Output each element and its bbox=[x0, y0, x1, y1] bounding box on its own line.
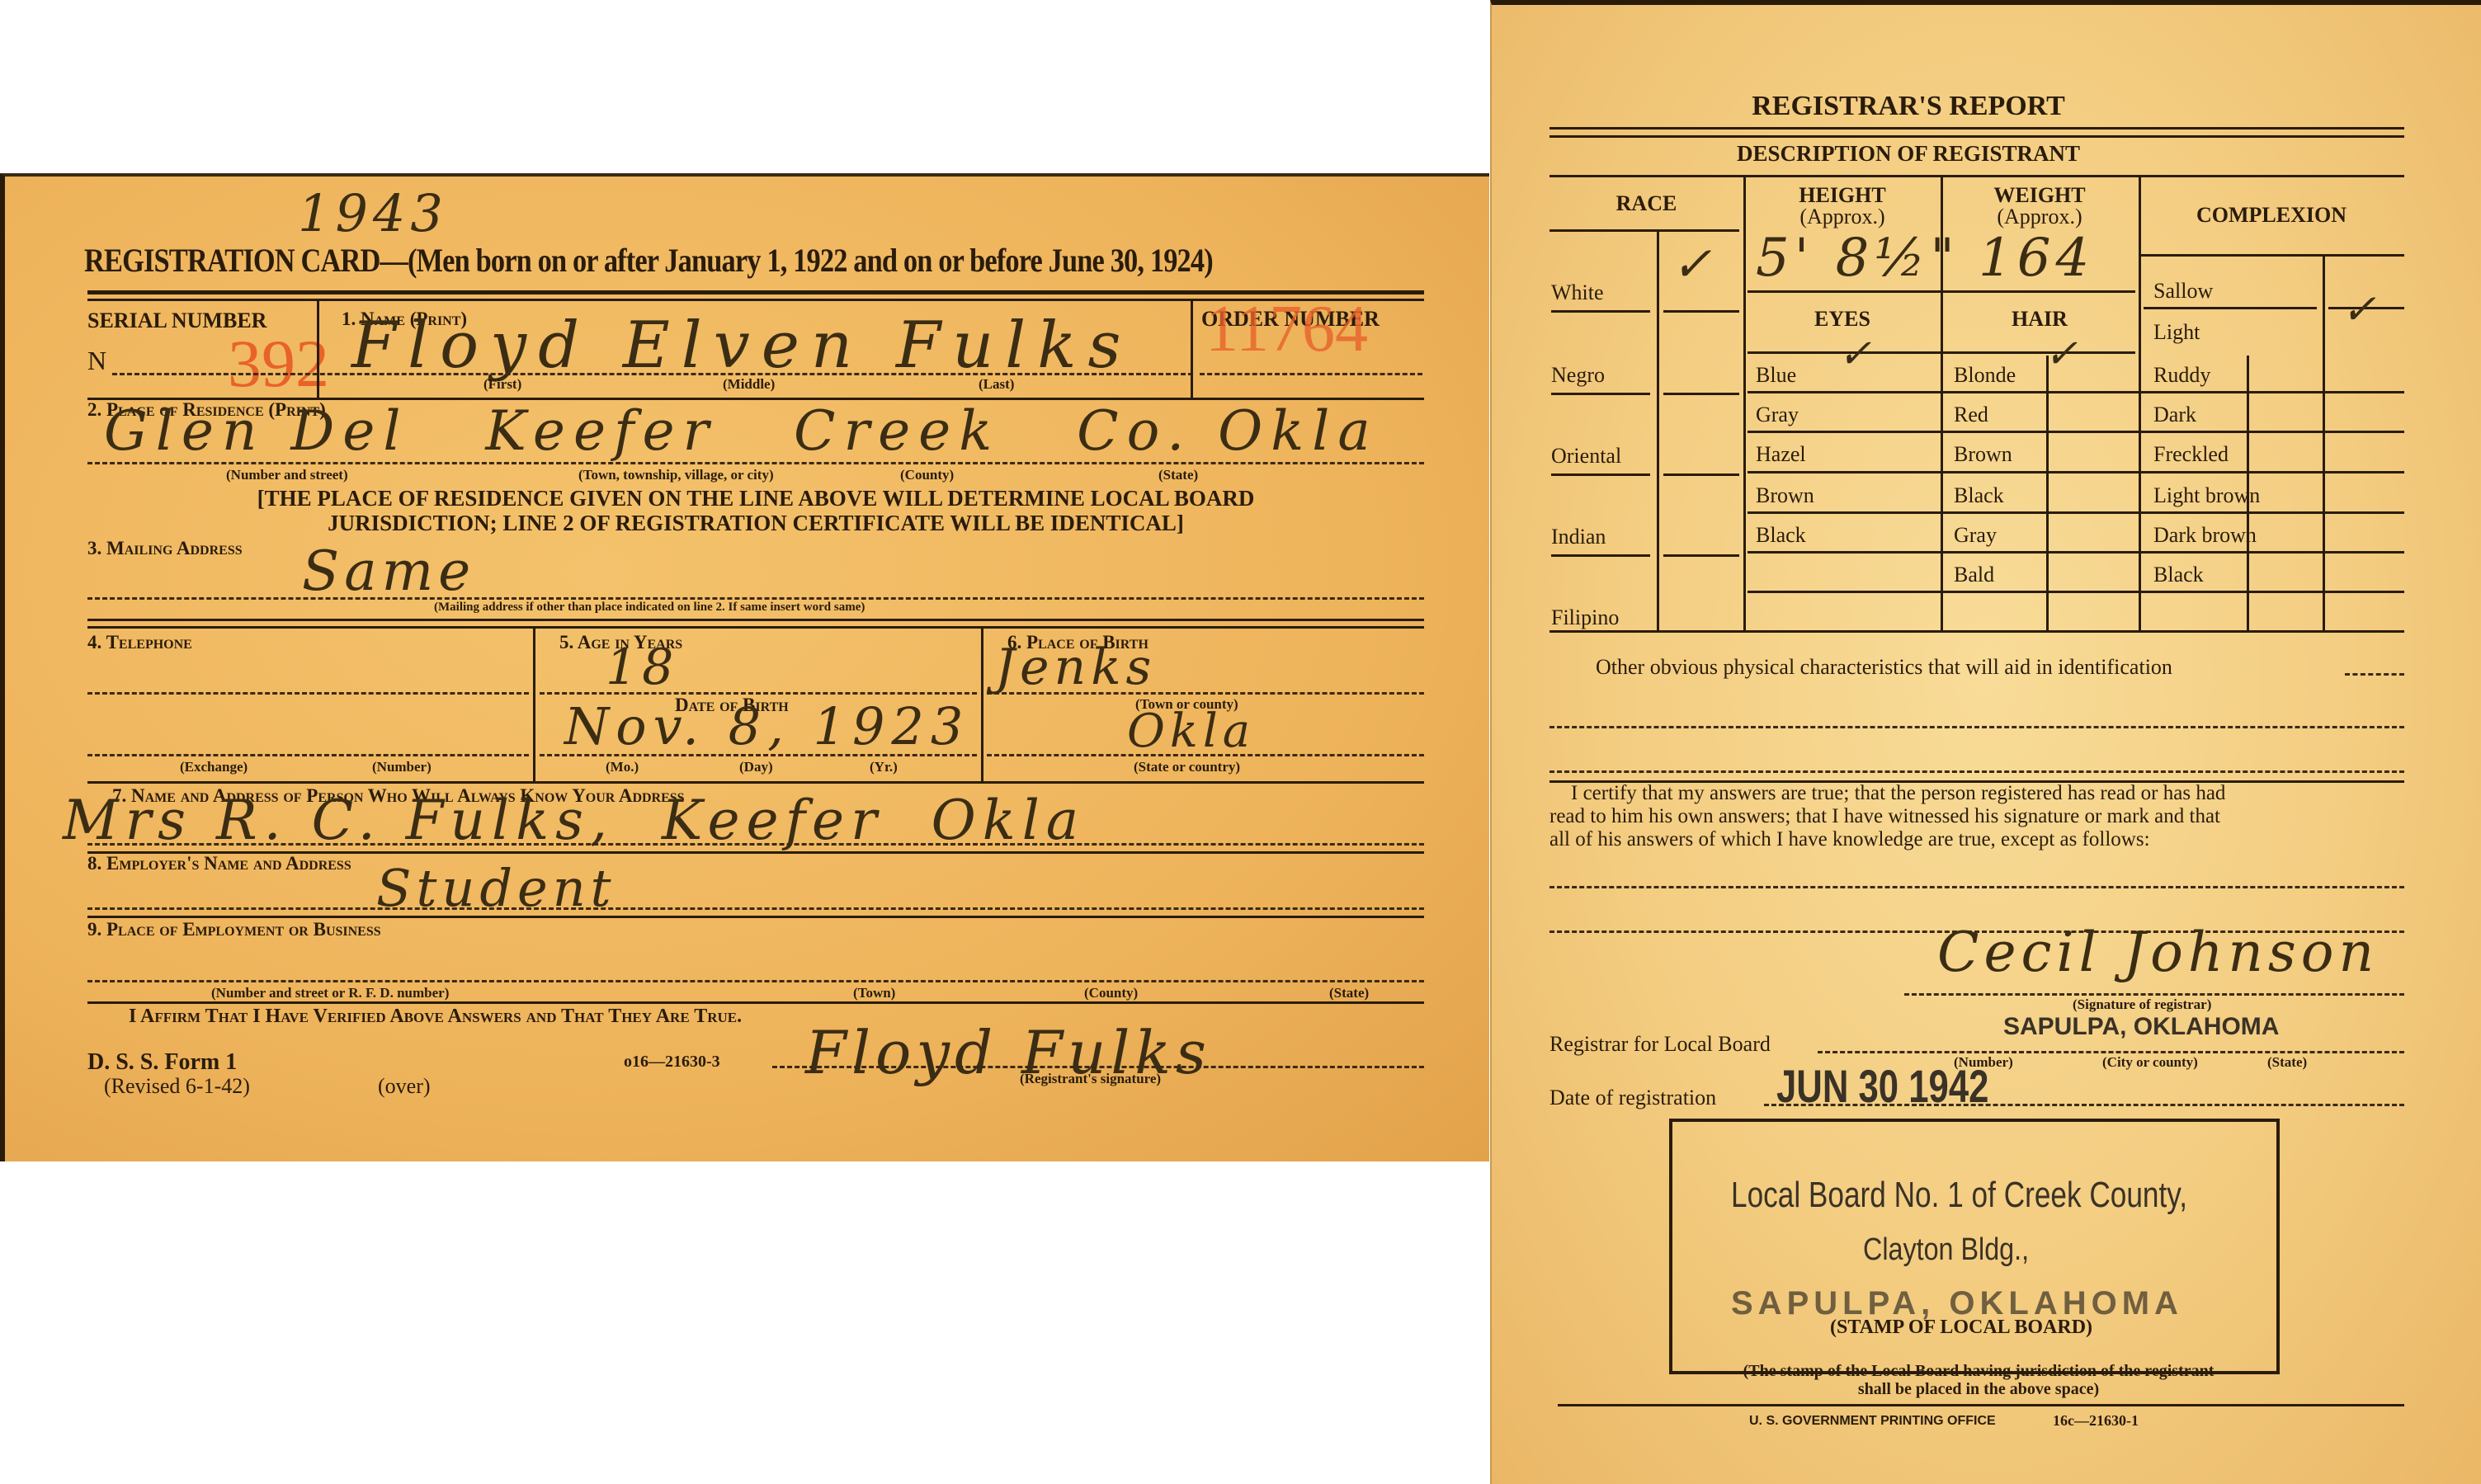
dob-year-label: (Yr.) bbox=[870, 759, 898, 775]
employment-state-label: (State) bbox=[1329, 985, 1369, 1001]
serial-prefix: N bbox=[87, 346, 106, 376]
telephone-label: 4. Telephone bbox=[87, 632, 192, 653]
employer-label: 8. Employer's Name and Address bbox=[87, 853, 351, 874]
name-last-label: (Last) bbox=[979, 376, 1014, 393]
registrar-signature-label: (Signature of registrar) bbox=[2073, 996, 2211, 1013]
residence-county-label: (County) bbox=[900, 467, 954, 483]
local-board-label: Registrar for Local Board bbox=[1549, 1032, 1771, 1057]
stamp-note-line-2: shall be placed in the above space) bbox=[1640, 1380, 2317, 1398]
eyes-option-hazel: Hazel bbox=[1756, 442, 1806, 467]
height-header-sub: (Approx.) bbox=[1743, 206, 1941, 228]
residence-notice: [THE PLACE OF RESIDENCE GIVEN ON THE LIN… bbox=[170, 486, 1342, 535]
name-first-label: (First) bbox=[483, 376, 521, 393]
complexion-option-light-brown: Light brown bbox=[2153, 483, 2260, 508]
height-header-label: HEIGHT bbox=[1743, 185, 1941, 206]
registrar-signature: Cecil Johnson bbox=[1937, 921, 2379, 984]
race-option-oriental: Oriental bbox=[1551, 444, 1621, 469]
telephone-number-label: (Number) bbox=[372, 759, 432, 775]
residence-town-label: (Town, township, village, or city) bbox=[578, 467, 774, 483]
mailing-address-value: Same bbox=[302, 539, 475, 603]
name-value: Floyd Elven Fulks bbox=[351, 309, 1133, 383]
race-option-indian: Indian bbox=[1551, 525, 1606, 549]
complexion-option-light: Light bbox=[2153, 320, 2200, 345]
certification-line-2: read to him his own answers; that I have… bbox=[1549, 805, 2408, 828]
height-header: HEIGHT (Approx.) bbox=[1743, 185, 1941, 228]
residence-notice-line-1: [THE PLACE OF RESIDENCE GIVEN ON THE LIN… bbox=[170, 486, 1342, 511]
affirmation-text: I Affirm That I Have Verified Above Answ… bbox=[129, 1006, 742, 1028]
race-check-icon: ✓ bbox=[1672, 236, 1712, 292]
race-option-filipino: Filipino bbox=[1551, 605, 1619, 630]
registration-card-front: 1943 REGISTRATION CARD—(Men born on or a… bbox=[0, 173, 1489, 1161]
registrar-report-title: REGISTRAR'S REPORT bbox=[1492, 91, 2325, 122]
employment-street-label: (Number and street or R. F. D. number) bbox=[211, 985, 449, 1001]
birthplace-town-value: Jenks bbox=[995, 638, 1156, 696]
printer-code: 16c—21630-1 bbox=[2053, 1412, 2139, 1430]
mailing-address-hint: (Mailing address if other than place ind… bbox=[434, 601, 865, 615]
eyes-header: EYES bbox=[1743, 307, 1941, 332]
telephone-exchange-label: (Exchange) bbox=[180, 759, 248, 775]
certification-line-3: all of his answers of which I have knowl… bbox=[1549, 828, 2408, 851]
year-annotation: 1943 bbox=[298, 183, 448, 243]
complexion-option-black: Black bbox=[2153, 563, 2204, 587]
hair-option-bald: Bald bbox=[1954, 563, 1994, 587]
local-board-city-label: (City or county) bbox=[2102, 1054, 2198, 1071]
mailing-address-label: 3. Mailing Address bbox=[87, 538, 243, 559]
local-board-state-label: (State) bbox=[2267, 1054, 2307, 1071]
dob-month-label: (Mo.) bbox=[606, 759, 639, 775]
hair-option-red: Red bbox=[1954, 403, 1988, 427]
complexion-check-icon: ✓ bbox=[2342, 285, 2376, 333]
printer-label: U. S. GOVERNMENT PRINTING OFFICE bbox=[1749, 1414, 1996, 1429]
registration-card-back: REGISTRAR'S REPORT DESCRIPTION OF REGIST… bbox=[1490, 0, 2481, 1484]
weight-header-label: WEIGHT bbox=[1941, 185, 2139, 206]
birthplace-state-value: Okla bbox=[1127, 704, 1255, 758]
stamp-note-line-1: (The stamp of the Local Board having jur… bbox=[1640, 1362, 2317, 1380]
hair-check-icon: ✓ bbox=[2045, 331, 2078, 377]
hair-option-brown: Brown bbox=[1954, 442, 2012, 467]
card-title: REGISTRATION CARD—(Men born on or after … bbox=[84, 241, 1213, 280]
complexion-option-sallow: Sallow bbox=[2153, 279, 2213, 304]
dob-value: Nov. 8, 1923 bbox=[564, 696, 969, 756]
other-characteristics-label: Other obvious physical characteristics t… bbox=[1596, 655, 2172, 680]
hair-option-gray: Gray bbox=[1954, 523, 1997, 548]
height-value: 5' 8½" bbox=[1756, 228, 1960, 289]
weight-header: WEIGHT (Approx.) bbox=[1941, 185, 2139, 228]
hair-option-blonde: Blonde bbox=[1954, 363, 2016, 388]
weight-header-sub: (Approx.) bbox=[1941, 206, 2139, 228]
stamp-line-1: Local Board No. 1 of Creek County, bbox=[1731, 1175, 2187, 1216]
dob-day-label: (Day) bbox=[739, 759, 773, 775]
certification-line-1: I certify that my answers are true; that… bbox=[1549, 782, 2408, 805]
employment-town-label: (Town) bbox=[853, 985, 895, 1001]
eyes-option-black: Black bbox=[1756, 523, 1806, 548]
eyes-option-brown: Brown bbox=[1756, 483, 1814, 508]
description-subtitle: DESCRIPTION OF REGISTRANT bbox=[1492, 141, 2325, 167]
form-id: D. S. S. Form 1 bbox=[87, 1049, 237, 1076]
eyes-option-blue: Blue bbox=[1756, 363, 1796, 388]
employment-place-label: 9. Place of Employment or Business bbox=[87, 919, 381, 940]
order-number-value: 11764 bbox=[1205, 292, 1368, 367]
stamp-of-local-board-label: (STAMP OF LOCAL BOARD) bbox=[1830, 1317, 2092, 1339]
stamp-note: (The stamp of the Local Board having jur… bbox=[1640, 1362, 2317, 1398]
local-board-stamp: SAPULPA, OKLAHOMA bbox=[2003, 1013, 2279, 1041]
birthplace-state-label: (State or country) bbox=[1134, 759, 1240, 775]
certification-text: I certify that my answers are true; that… bbox=[1549, 782, 2408, 851]
over-note: (over) bbox=[378, 1074, 431, 1099]
complexion-option-dark: Dark bbox=[2153, 403, 2196, 427]
complexion-option-dark-brown: Dark brown bbox=[2153, 523, 2257, 548]
complexion-option-freckled: Freckled bbox=[2153, 442, 2229, 467]
serial-number-value: 392 bbox=[228, 325, 329, 403]
residence-value: Glen Del Keefer Creek Co. Okla bbox=[104, 399, 1379, 463]
registrant-signature-label: (Registrant's signature) bbox=[1020, 1071, 1161, 1087]
hair-header: HAIR bbox=[1941, 307, 2139, 332]
age-value: 18 bbox=[606, 638, 678, 696]
eyes-check-icon: ✓ bbox=[1838, 331, 1871, 377]
weight-value: 164 bbox=[1979, 228, 2094, 289]
residence-state-label: (State) bbox=[1158, 467, 1198, 483]
print-code: o16—21630-3 bbox=[624, 1053, 720, 1072]
eyes-option-gray: Gray bbox=[1756, 403, 1799, 427]
form-revised: (Revised 6-1-42) bbox=[104, 1074, 250, 1099]
race-option-white: White bbox=[1551, 280, 1604, 305]
race-header: RACE bbox=[1549, 191, 1743, 216]
race-option-negro: Negro bbox=[1551, 363, 1605, 388]
employment-county-label: (County) bbox=[1084, 985, 1138, 1001]
date-of-registration-label: Date of registration bbox=[1549, 1086, 1716, 1110]
stamp-line-2: Clayton Bldg., bbox=[1863, 1232, 2029, 1268]
name-middle-label: (Middle) bbox=[723, 376, 775, 393]
complexion-option-ruddy: Ruddy bbox=[2153, 363, 2210, 388]
hair-option-black: Black bbox=[1954, 483, 2004, 508]
residence-notice-line-2: JURISDICTION; LINE 2 OF REGISTRATION CER… bbox=[170, 511, 1342, 535]
complexion-header: COMPLEXION bbox=[2139, 203, 2404, 228]
residence-street-label: (Number and street) bbox=[226, 467, 348, 483]
